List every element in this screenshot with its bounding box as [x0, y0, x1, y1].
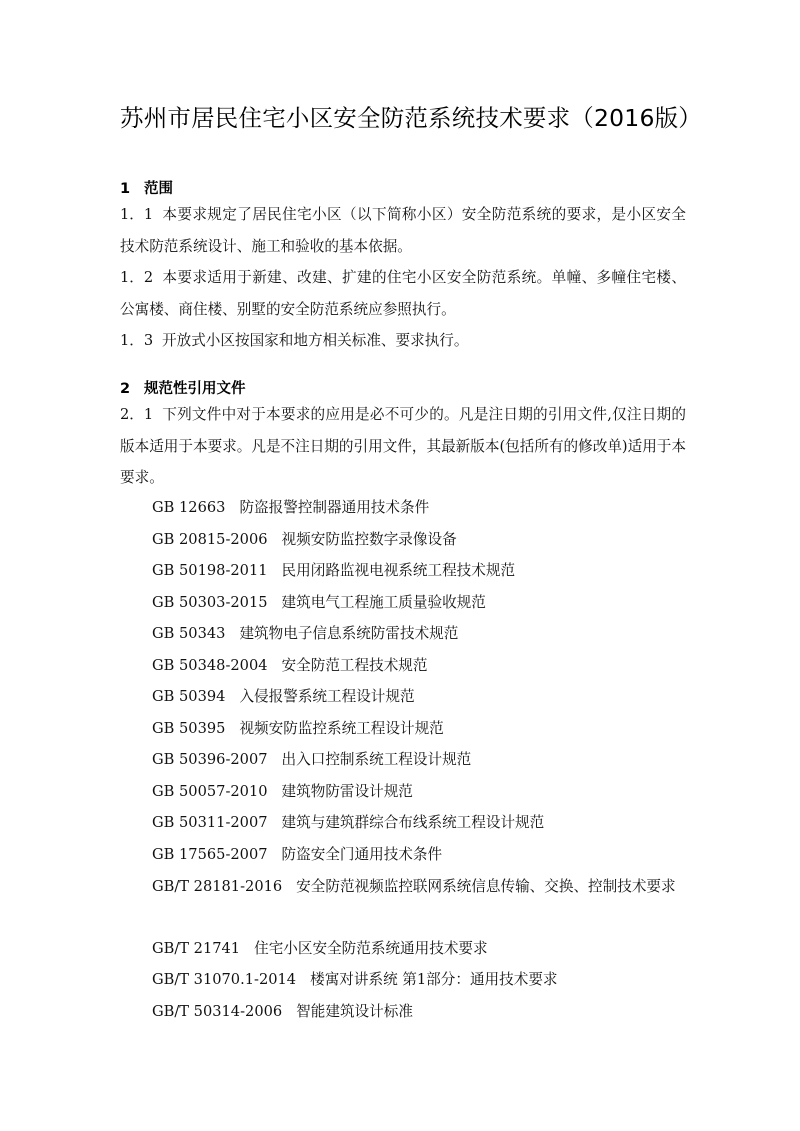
reference-code: GB 50394 [152, 686, 225, 708]
reference-item: GB 50057-2010建筑物防雷设计规范 [152, 781, 413, 803]
reference-title: 安全防范视频监控联网系统信息传输、交换、控制技术要求 [296, 878, 675, 895]
reference-title: 出入口控制系统工程设计规范 [282, 751, 472, 768]
reference-item: GB/T 31070.1-2014楼寓对讲系统 第1部分：通用技术要求 [152, 969, 558, 991]
reference-code: GB 50343 [152, 623, 225, 645]
reference-item: GB 50394入侵报警系统工程设计规范 [152, 686, 415, 708]
reference-code: GB 50395 [152, 718, 225, 740]
document-page: 苏州市居民住宅小区安全防范系统技术要求（2016版） 1范围 1．1本要求规定了… [0, 0, 800, 1131]
clause-1-3: 1．3开放式小区按国家和地方相关标准、要求执行。 [120, 325, 686, 357]
reference-item: GB 50311-2007建筑与建筑群综合布线系统工程设计规范 [152, 812, 544, 834]
reference-item: GB 50348-2004安全防范工程技术规范 [152, 655, 427, 677]
reference-title: 民用闭路监视电视系统工程技术规范 [282, 562, 516, 579]
reference-title: 建筑与建筑群综合布线系统工程设计规范 [282, 814, 545, 831]
document-title: 苏州市居民住宅小区安全防范系统技术要求（2016版） [120, 98, 700, 138]
reference-code: GB/T 28181-2016 [152, 878, 282, 895]
clause-text: 开放式小区按国家和地方相关标准、要求执行。 [162, 332, 468, 349]
reference-title: 安全防范工程技术规范 [282, 657, 428, 674]
reference-code: GB 12663 [152, 497, 225, 519]
reference-title: 楼寓对讲系统 第1部分：通用技术要求 [310, 971, 557, 988]
reference-title: 入侵报警系统工程设计规范 [239, 688, 414, 705]
reference-title: 智能建筑设计标准 [296, 1003, 413, 1020]
reference-title: 建筑物防雷设计规范 [282, 783, 413, 800]
clause-1-2: 1．2本要求适用于新建、改建、扩建的住宅小区安全防范系统。单幢、多幢住宅楼、公寓… [120, 262, 686, 325]
reference-code: GB 17565-2007 [152, 844, 268, 866]
clause-number: 1．2 [120, 262, 162, 294]
reference-item: GB 20815-2006视频安防监控数字录像设备 [152, 529, 457, 551]
section-title: 范围 [144, 181, 173, 197]
reference-code: GB/T 21741 [152, 938, 240, 960]
section-number: 2 [120, 378, 144, 400]
reference-code: GB 50348-2004 [152, 655, 268, 677]
reference-item: GB 12663防盗报警控制器通用技术条件 [152, 497, 429, 519]
reference-code: GB 20815-2006 [152, 529, 268, 551]
reference-code: GB 50311-2007 [152, 812, 268, 834]
reference-item: GB 50198-2011民用闭路监视电视系统工程技术规范 [152, 560, 515, 582]
section-heading-2: 2规范性引用文件 [120, 378, 246, 400]
clause-number: 1．3 [120, 325, 162, 357]
reference-code: GB 50303-2015 [152, 592, 268, 614]
reference-title: 防盗安全门通用技术条件 [282, 846, 443, 863]
clause-number: 1．1 [120, 199, 162, 231]
clause-text: 下列文件中对于本要求的应用是必不可少的。凡是注日期的引用文件,仅注日期的版本适用… [120, 406, 686, 486]
reference-title: 视频安防监控数字录像设备 [282, 531, 457, 548]
reference-item: GB 50343建筑物电子信息系统防雷技术规范 [152, 623, 458, 645]
reference-item: GB/T 50314-2006智能建筑设计标准 [152, 1001, 413, 1023]
reference-item: GB/T 28181-2016安全防范视频监控联网系统信息传输、交换、控制技术要… [120, 871, 686, 903]
reference-title: 住宅小区安全防范系统通用技术要求 [254, 940, 488, 957]
reference-code: GB/T 50314-2006 [152, 1001, 282, 1023]
clause-text: 本要求规定了居民住宅小区（以下简称小区）安全防范系统的要求，是小区安全技术防范系… [120, 206, 686, 255]
clause-number: 2．1 [120, 399, 162, 431]
reference-item: GB/T 21741住宅小区安全防范系统通用技术要求 [152, 938, 488, 960]
reference-code: GB 50198-2011 [152, 560, 268, 582]
clause-1-1: 1．1本要求规定了居民住宅小区（以下简称小区）安全防范系统的要求，是小区安全技术… [120, 199, 686, 262]
reference-code: GB/T 31070.1-2014 [152, 969, 296, 991]
section-heading-1: 1范围 [120, 178, 173, 200]
reference-title: 视频安防监控系统工程设计规范 [239, 720, 443, 737]
reference-title: 建筑物电子信息系统防雷技术规范 [239, 625, 458, 642]
reference-title: 防盗报警控制器通用技术条件 [239, 499, 429, 516]
section-number: 1 [120, 178, 144, 200]
reference-code: GB 50057-2010 [152, 781, 268, 803]
reference-code: GB 50396-2007 [152, 749, 268, 771]
reference-item: GB 50396-2007出入口控制系统工程设计规范 [152, 749, 471, 771]
reference-title: 建筑电气工程施工质量验收规范 [282, 594, 486, 611]
reference-item: GB 50303-2015建筑电气工程施工质量验收规范 [152, 592, 486, 614]
section-title: 规范性引用文件 [144, 381, 246, 397]
clause-text: 本要求适用于新建、改建、扩建的住宅小区安全防范系统。单幢、多幢住宅楼、公寓楼、商… [120, 269, 686, 318]
reference-item: GB 17565-2007防盗安全门通用技术条件 [152, 844, 442, 866]
reference-item: GB 50395视频安防监控系统工程设计规范 [152, 718, 444, 740]
clause-2-1: 2．1下列文件中对于本要求的应用是必不可少的。凡是注日期的引用文件,仅注日期的版… [120, 399, 686, 494]
